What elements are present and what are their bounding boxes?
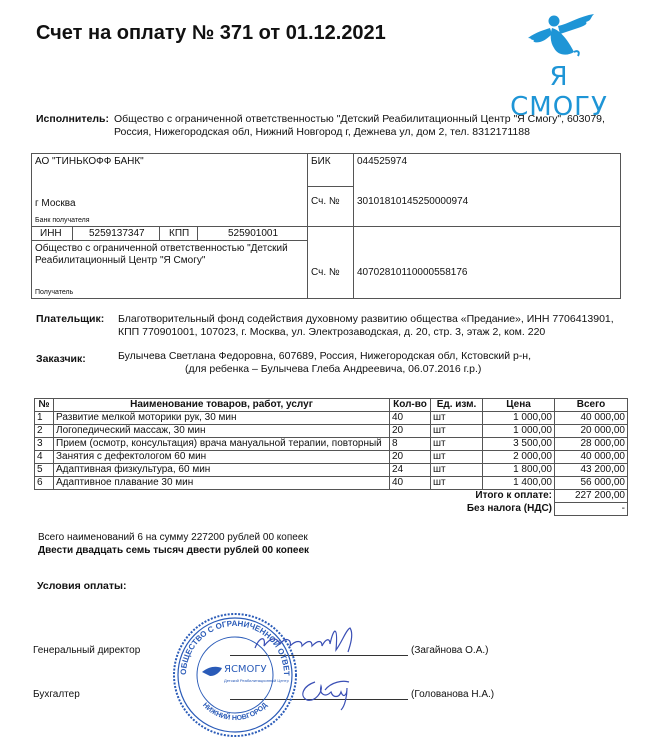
bik-value: 044525974 <box>357 156 407 167</box>
cell-number: 3 <box>35 438 54 451</box>
total-value: 227 200,00 <box>555 490 628 503</box>
cell-price: 2 000,00 <box>483 451 555 464</box>
cell-number: 4 <box>35 451 54 464</box>
cell-total: 56 000,00 <box>555 477 628 490</box>
table-row: 5Адаптивная физкультура, 60 мин24шт1 800… <box>35 464 628 477</box>
payment-terms-label: Условия оплаты: <box>37 580 126 592</box>
cell-name: Прием (осмотр, консультация) врача мануа… <box>54 438 390 451</box>
account-label: Сч. № <box>311 267 340 278</box>
cell-qty: 24 <box>390 464 431 477</box>
bank-city: г Москва <box>35 198 76 209</box>
cell-unit: шт <box>431 412 483 425</box>
customer-label: Заказчик: <box>36 353 86 366</box>
vat-row: Без налога (НДС) - <box>35 503 628 516</box>
cell-price: 3 500,00 <box>483 438 555 451</box>
cell-name: Логопедический массаж, 30 мин <box>54 425 390 438</box>
cell-price: 1 000,00 <box>483 412 555 425</box>
col-number: № <box>35 399 54 412</box>
bik-label: БИК <box>311 156 331 167</box>
account-value: 40702810110000558176 <box>357 267 468 278</box>
cell-unit: шт <box>431 477 483 490</box>
cell-qty: 8 <box>390 438 431 451</box>
cell-price: 1 000,00 <box>483 425 555 438</box>
accountant-signature-icon <box>285 672 365 712</box>
svg-text:Детский Реабилитационный Центр: Детский Реабилитационный Центр <box>224 678 290 683</box>
cell-total: 40 000,00 <box>555 412 628 425</box>
invoice-title: Счет на оплату № 371 от 01.12.2021 <box>36 22 386 45</box>
executor-label: Исполнитель: <box>36 113 109 126</box>
cell-total: 20 000,00 <box>555 425 628 438</box>
cell-qty: 40 <box>390 477 431 490</box>
customer-line2: (для ребенка – Булычева Глеба Андреевича… <box>185 363 481 376</box>
inn-label: ИНН <box>40 228 62 239</box>
items-table: № Наименование товаров, работ, услуг Кол… <box>34 398 628 516</box>
col-price: Цена <box>483 399 555 412</box>
col-name: Наименование товаров, работ, услуг <box>54 399 390 412</box>
recipient-line1: Общество с ограниченной ответственностью… <box>35 243 288 254</box>
cell-number: 2 <box>35 425 54 438</box>
cell-unit: шт <box>431 438 483 451</box>
accountant-role: Бухгалтер <box>33 689 80 700</box>
cell-qty: 20 <box>390 451 431 464</box>
summary-count: Всего наименований 6 на сумму 227200 руб… <box>38 532 308 543</box>
executor-block: Исполнитель: Общество с ограниченной отв… <box>36 113 636 143</box>
cell-price: 1 800,00 <box>483 464 555 477</box>
kpp-value: 525901001 <box>228 228 278 239</box>
bank-details-box: АО "ТИНЬКОФФ БАНК" г Москва Банк получат… <box>31 153 621 299</box>
table-row: 1Развитие мелкой моторики рук, 30 мин40ш… <box>35 412 628 425</box>
payer-label: Плательщик: <box>36 313 104 326</box>
recipient-line2: Реабилитационный Центр "Я Смогу" <box>35 255 205 266</box>
customer-block: Заказчик: Булычева Светлана Федоровна, 6… <box>36 350 646 378</box>
cell-number: 6 <box>35 477 54 490</box>
payer-block: Плательщик: Благотворительный фонд содей… <box>36 313 646 341</box>
cell-unit: шт <box>431 451 483 464</box>
kpp-label: КПП <box>169 228 189 239</box>
cell-total: 28 000,00 <box>555 438 628 451</box>
executor-line2: Россия, Нижегородская обл, Нижний Новгор… <box>114 126 530 139</box>
total-row: Итого к оплате: 227 200,00 <box>35 490 628 503</box>
director-role: Генеральный директор <box>33 645 140 656</box>
table-row: 4Занятия с дефектологом 60 мин20шт2 000,… <box>35 451 628 464</box>
accountant-name: (Голованова Н.А.) <box>411 689 494 700</box>
executor-line1: Общество с ограниченной ответственностью… <box>114 113 605 126</box>
payer-line2: КПП 770901001, 107023, г. Москва, ул. Эл… <box>118 326 545 339</box>
corr-account-value: 30101810145250000974 <box>357 196 468 207</box>
table-header-row: № Наименование товаров, работ, услуг Кол… <box>35 399 628 412</box>
director-signature-icon <box>250 622 400 656</box>
total-label: Итого к оплате: <box>35 490 555 503</box>
cell-qty: 40 <box>390 412 431 425</box>
cell-number: 1 <box>35 412 54 425</box>
table-row: 6Адаптивное плавание 30 мин40шт1 400,005… <box>35 477 628 490</box>
cell-qty: 20 <box>390 425 431 438</box>
col-total: Всего <box>555 399 628 412</box>
vat-value: - <box>555 503 628 516</box>
cell-unit: шт <box>431 425 483 438</box>
customer-line1: Булычева Светлана Федоровна, 607689, Рос… <box>118 350 531 363</box>
summary-in-words: Двести двадцать семь тысяч двести рублей… <box>38 545 309 556</box>
company-logo: Я СМОГУ <box>498 12 620 98</box>
cell-name: Занятия с дефектологом 60 мин <box>54 451 390 464</box>
corr-account-label: Сч. № <box>311 196 340 207</box>
cell-total: 43 200,00 <box>555 464 628 477</box>
director-name: (Загайнова О.А.) <box>411 645 488 656</box>
bank-caption: Банк получателя <box>35 217 90 224</box>
cell-price: 1 400,00 <box>483 477 555 490</box>
table-row: 3Прием (осмотр, консультация) врача ману… <box>35 438 628 451</box>
angel-logo-icon <box>508 12 608 64</box>
col-qty: Кол-во <box>390 399 431 412</box>
svg-text:ЯСМОГУ: ЯСМОГУ <box>224 664 267 675</box>
recipient-caption: Получатель <box>35 289 73 296</box>
cell-unit: шт <box>431 464 483 477</box>
cell-number: 5 <box>35 464 54 477</box>
col-unit: Ед. изм. <box>431 399 483 412</box>
payer-line1: Благотворительный фонд содействия духовн… <box>118 313 614 326</box>
cell-name: Развитие мелкой моторики рук, 30 мин <box>54 412 390 425</box>
cell-total: 40 000,00 <box>555 451 628 464</box>
table-row: 2Логопедический массаж, 30 мин20шт1 000,… <box>35 425 628 438</box>
cell-name: Адаптивная физкультура, 60 мин <box>54 464 390 477</box>
inn-value: 5259137347 <box>89 228 145 239</box>
cell-name: Адаптивное плавание 30 мин <box>54 477 390 490</box>
vat-label: Без налога (НДС) <box>35 503 555 516</box>
bank-name: АО "ТИНЬКОФФ БАНК" <box>35 156 144 167</box>
